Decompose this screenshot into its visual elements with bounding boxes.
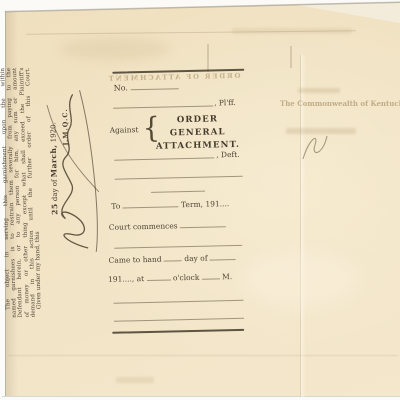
given-under-hand-line: Given under my hand, this (34, 213, 42, 309)
paper-bottom-edge (2, 396, 400, 397)
form-title: ORDER GENERAL ATTACHMENT. (151, 113, 244, 154)
against-label: Against (110, 125, 139, 135)
hand-day-blank (164, 253, 182, 261)
to-label: To (111, 202, 120, 211)
ghost-table-line-2 (290, 46, 292, 68)
crease-line-bottom (8, 355, 398, 356)
meridiem-blank (202, 271, 220, 279)
hand-month-blank (210, 252, 236, 261)
ghost-commonwealth-text: The Commonwealth of Kentucky (280, 99, 400, 108)
defendant-label: , Deft. (216, 150, 240, 160)
court-commences-row: Court commences (109, 219, 226, 232)
plaintiff-name-blank (113, 105, 213, 108)
came-to-hand-label: Came to hand (108, 255, 161, 265)
scan-background-bottom (0, 396, 400, 400)
defendant-name-blank (114, 157, 214, 160)
no-label: No. (114, 83, 128, 92)
pen-scribble (300, 127, 332, 165)
left-margin-rotated-block: The object in serving this garnishment u… (0, 66, 106, 318)
term-label: Term, 191.... (181, 199, 229, 209)
divider-line-1 (115, 176, 243, 180)
case-number-row: No. (114, 81, 179, 92)
oclock-row: 191...., at o'clock M. (108, 271, 232, 284)
paper-light-patch (240, 250, 360, 310)
came-to-hand-row: Came to hand day of (108, 252, 236, 265)
attachment-form: ORDER OF ATTACHMENT No. , Pl'ff. Against… (100, 55, 257, 350)
court-commences-label: Court commences (109, 221, 178, 232)
divider-line-4 (114, 318, 244, 322)
signature-scrawl (42, 86, 102, 257)
ghost-smudge-1 (298, 88, 340, 93)
divider-line-short (151, 191, 205, 193)
divider-line-3 (114, 300, 244, 304)
court-commences-blank (180, 219, 226, 228)
form-title-line1: ORDER GENERAL (151, 113, 244, 141)
hour-blank (146, 272, 170, 281)
term-blank (123, 199, 179, 208)
divider-line-2 (114, 245, 242, 249)
bottom-thick-rule (112, 329, 244, 334)
signer-title: J.M.Q.C. (61, 108, 70, 145)
scanned-legal-form: The Commonwealth of Kentucky The object … (0, 0, 400, 400)
ghost-smudge-4 (116, 377, 154, 383)
plaintiff-label: , Pl'ff. (214, 98, 236, 107)
case-number-blank (130, 81, 178, 90)
term-row: To Term, 191.... (111, 198, 229, 211)
hand-day-of-label: day of (184, 254, 207, 264)
meridiem-label: M. (222, 272, 232, 281)
ghost-smudge-3 (232, 28, 352, 34)
oclock-label: o'clock (173, 273, 200, 283)
year-at-label: 191...., at (108, 274, 144, 284)
